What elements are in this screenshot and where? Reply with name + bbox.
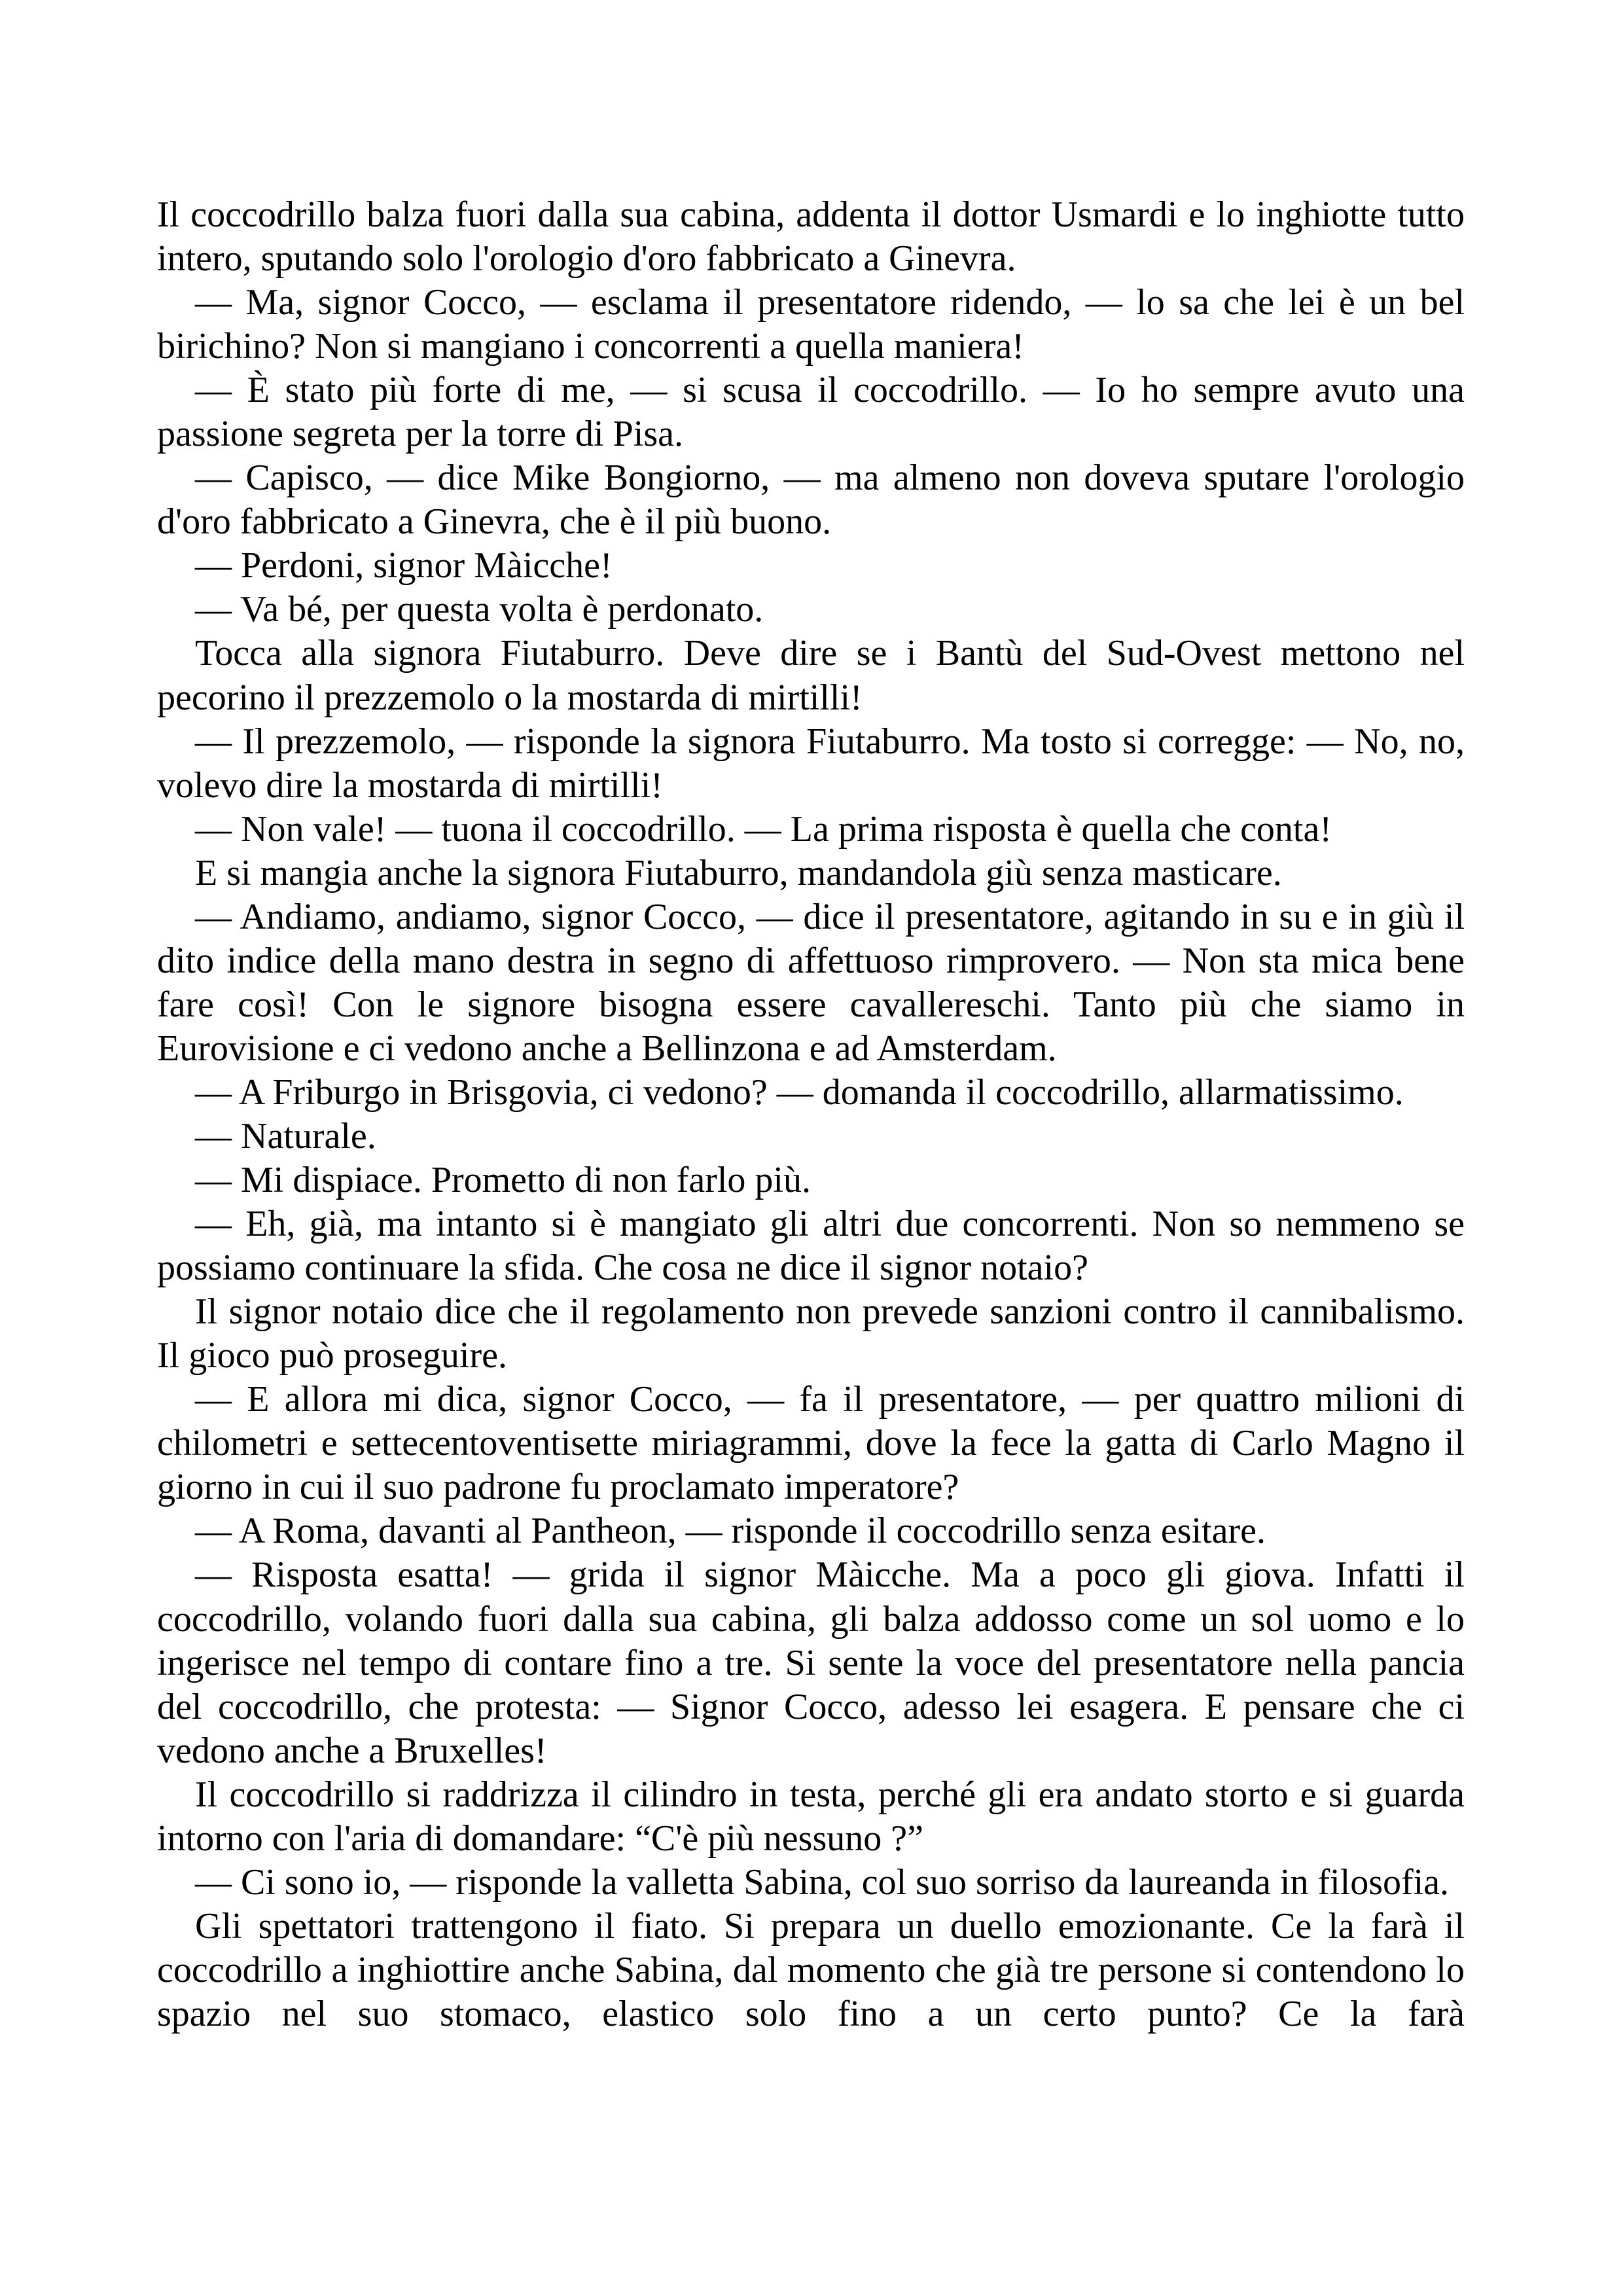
document-page: Il coccodrillo balza fuori dalla sua cab… — [157, 193, 1465, 2036]
paragraph: — Capisco, — dice Mike Bongiorno, — ma a… — [157, 456, 1465, 544]
paragraph: — A Friburgo in Brisgovia, ci vedono? — … — [157, 1071, 1465, 1115]
paragraph: — Ci sono io, — risponde la valletta Sab… — [157, 1861, 1465, 1905]
paragraph: — Risposta esatta! — grida il signor Mài… — [157, 1553, 1465, 1772]
paragraph: — Ma, signor Cocco, — esclama il present… — [157, 281, 1465, 368]
paragraph: — Il prezzemolo, — risponde la signora F… — [157, 720, 1465, 808]
paragraph: Tocca alla signora Fiutaburro. Deve dire… — [157, 632, 1465, 719]
paragraph: — Perdoni, signor Màicche! — [157, 544, 1465, 588]
paragraph: Il coccodrillo si raddrizza il cilindro … — [157, 1773, 1465, 1861]
paragraph: — E allora mi dica, signor Cocco, — fa i… — [157, 1378, 1465, 1509]
paragraph: — Mi dispiace. Prometto di non farlo più… — [157, 1158, 1465, 1202]
paragraph: — A Roma, davanti al Pantheon, — rispond… — [157, 1509, 1465, 1553]
paragraph: E si mangia anche la signora Fiutaburro,… — [157, 852, 1465, 895]
paragraph: — Va bé, per questa volta è perdonato. — [157, 588, 1465, 632]
paragraph: Il coccodrillo balza fuori dalla sua cab… — [157, 193, 1465, 281]
paragraph: — Naturale. — [157, 1115, 1465, 1158]
paragraph: — Andiamo, andiamo, signor Cocco, — dice… — [157, 895, 1465, 1071]
paragraph: — Eh, già, ma intanto si è mangiato gli … — [157, 1202, 1465, 1290]
paragraph: Il signor notaio dice che il regolamento… — [157, 1290, 1465, 1378]
paragraph: — Non vale! — tuona il coccodrillo. — La… — [157, 808, 1465, 852]
paragraph: Gli spettatori trattengono il fiato. Si … — [157, 1905, 1465, 2036]
paragraph: — È stato più forte di me, — si scusa il… — [157, 368, 1465, 456]
